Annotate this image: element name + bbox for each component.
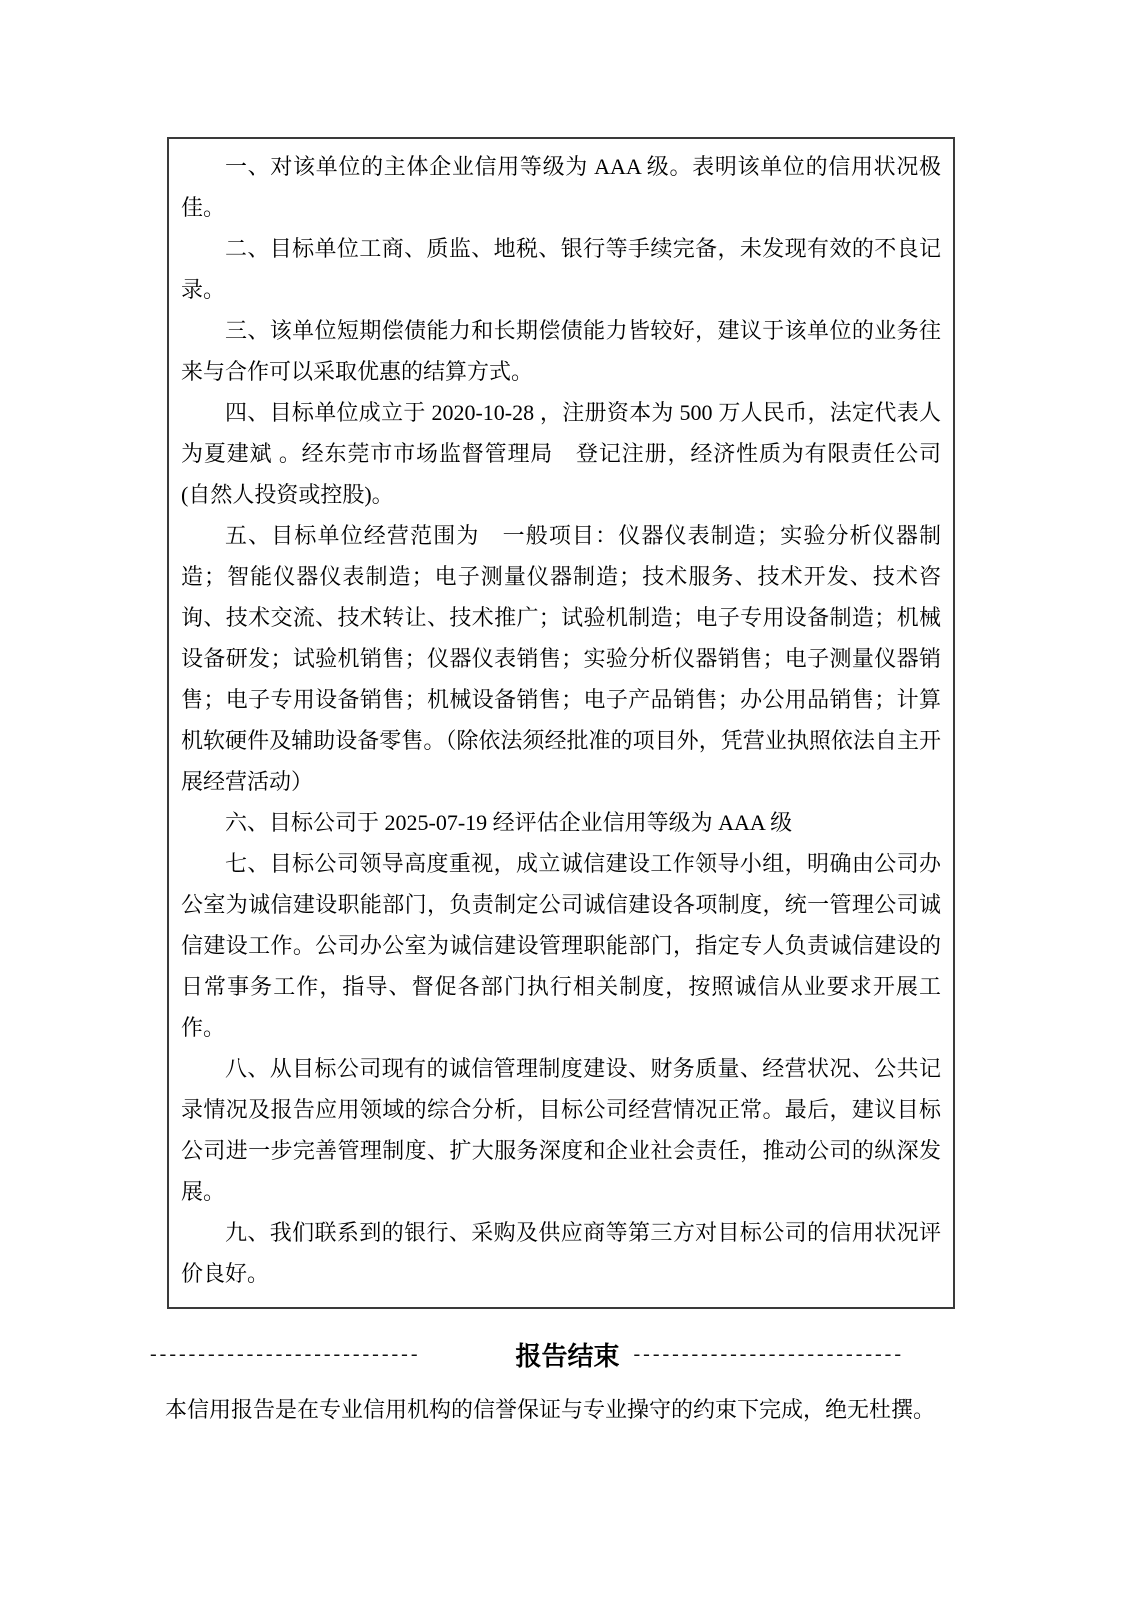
report-conclusions-box: 一、对该单位的主体企业信用等级为 AAA 级。表明该单位的信用状况极佳。 二、目… — [167, 137, 955, 1309]
conclusion-paragraph-1: 一、对该单位的主体企业信用等级为 AAA 级。表明该单位的信用状况极佳。 — [181, 146, 941, 228]
document-page: 一、对该单位的主体企业信用等级为 AAA 级。表明该单位的信用状况极佳。 二、目… — [0, 0, 1131, 1600]
report-end-label: 报告结束 — [516, 1336, 620, 1373]
conclusion-paragraph-5: 五、目标单位经营范围为 一般项目：仪器仪表制造；实验分析仪器制造；智能仪器仪表制… — [181, 515, 941, 802]
conclusion-paragraph-3: 三、该单位短期偿债能力和长期偿债能力皆较好，建议于该单位的业务往来与合作可以采取… — [181, 310, 941, 392]
conclusion-paragraph-9: 九、我们联系到的银行、采购及供应商等第三方对目标公司的信用状况评价良好。 — [181, 1212, 941, 1294]
conclusion-paragraph-8: 八、从目标公司现有的诚信管理制度建设、财务质量、经营状况、公共记录情况及报告应用… — [181, 1048, 941, 1212]
conclusion-paragraph-7: 七、目标公司领导高度重视，成立诚信建设工作领导小组，明确由公司办公室为诚信建设职… — [181, 843, 941, 1048]
conclusion-paragraph-6: 六、目标公司于 2025-07-19 经评估企业信用等级为 AAA 级 — [181, 802, 941, 843]
divider-dashes-left: ---------------------------- — [150, 1343, 502, 1366]
report-end-divider: ---------------------------- 报告结束 ------… — [150, 1336, 985, 1373]
conclusion-paragraph-4: 四、目标单位成立于 2020-10-28 ，注册资本为 500 万人民币，法定代… — [181, 392, 941, 515]
divider-dashes-right: ---------------------------- — [634, 1343, 986, 1366]
conclusion-paragraph-2: 二、目标单位工商、质监、地税、银行等手续完备，未发现有效的不良记录。 — [181, 228, 941, 310]
closing-disclaimer: 本信用报告是在专业信用机构的信誉保证与专业操守的约束下完成，绝无杜撰。 — [165, 1392, 990, 1428]
